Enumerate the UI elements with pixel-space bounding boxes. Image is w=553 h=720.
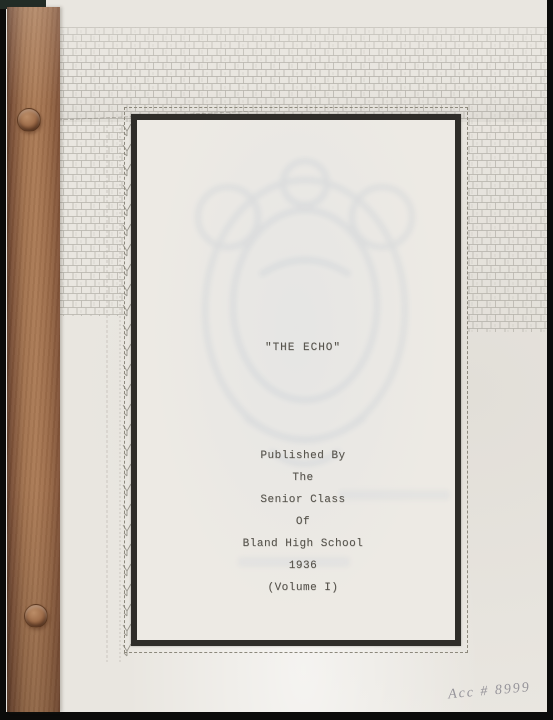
- leather-binding-strip: [7, 7, 60, 712]
- yearbook-scan-page: "THE ECHO" Published By The Senior Class…: [0, 0, 553, 720]
- binding-grommet-bottom-icon: [24, 604, 48, 628]
- page-title: "THE ECHO": [140, 341, 466, 355]
- publisher-line-3: Senior Class: [140, 493, 466, 507]
- publisher-line-2: The: [140, 471, 466, 485]
- publisher-line-1: Published By: [140, 449, 466, 463]
- publisher-line-4: Of: [140, 515, 466, 529]
- publisher-line-7: (Volume I): [140, 581, 466, 595]
- binding-grommet-top-icon: [17, 108, 41, 132]
- publisher-line-6: 1936: [140, 559, 466, 573]
- crest-watermark-icon: [190, 155, 420, 485]
- publisher-line-5: Bland High School: [140, 537, 466, 551]
